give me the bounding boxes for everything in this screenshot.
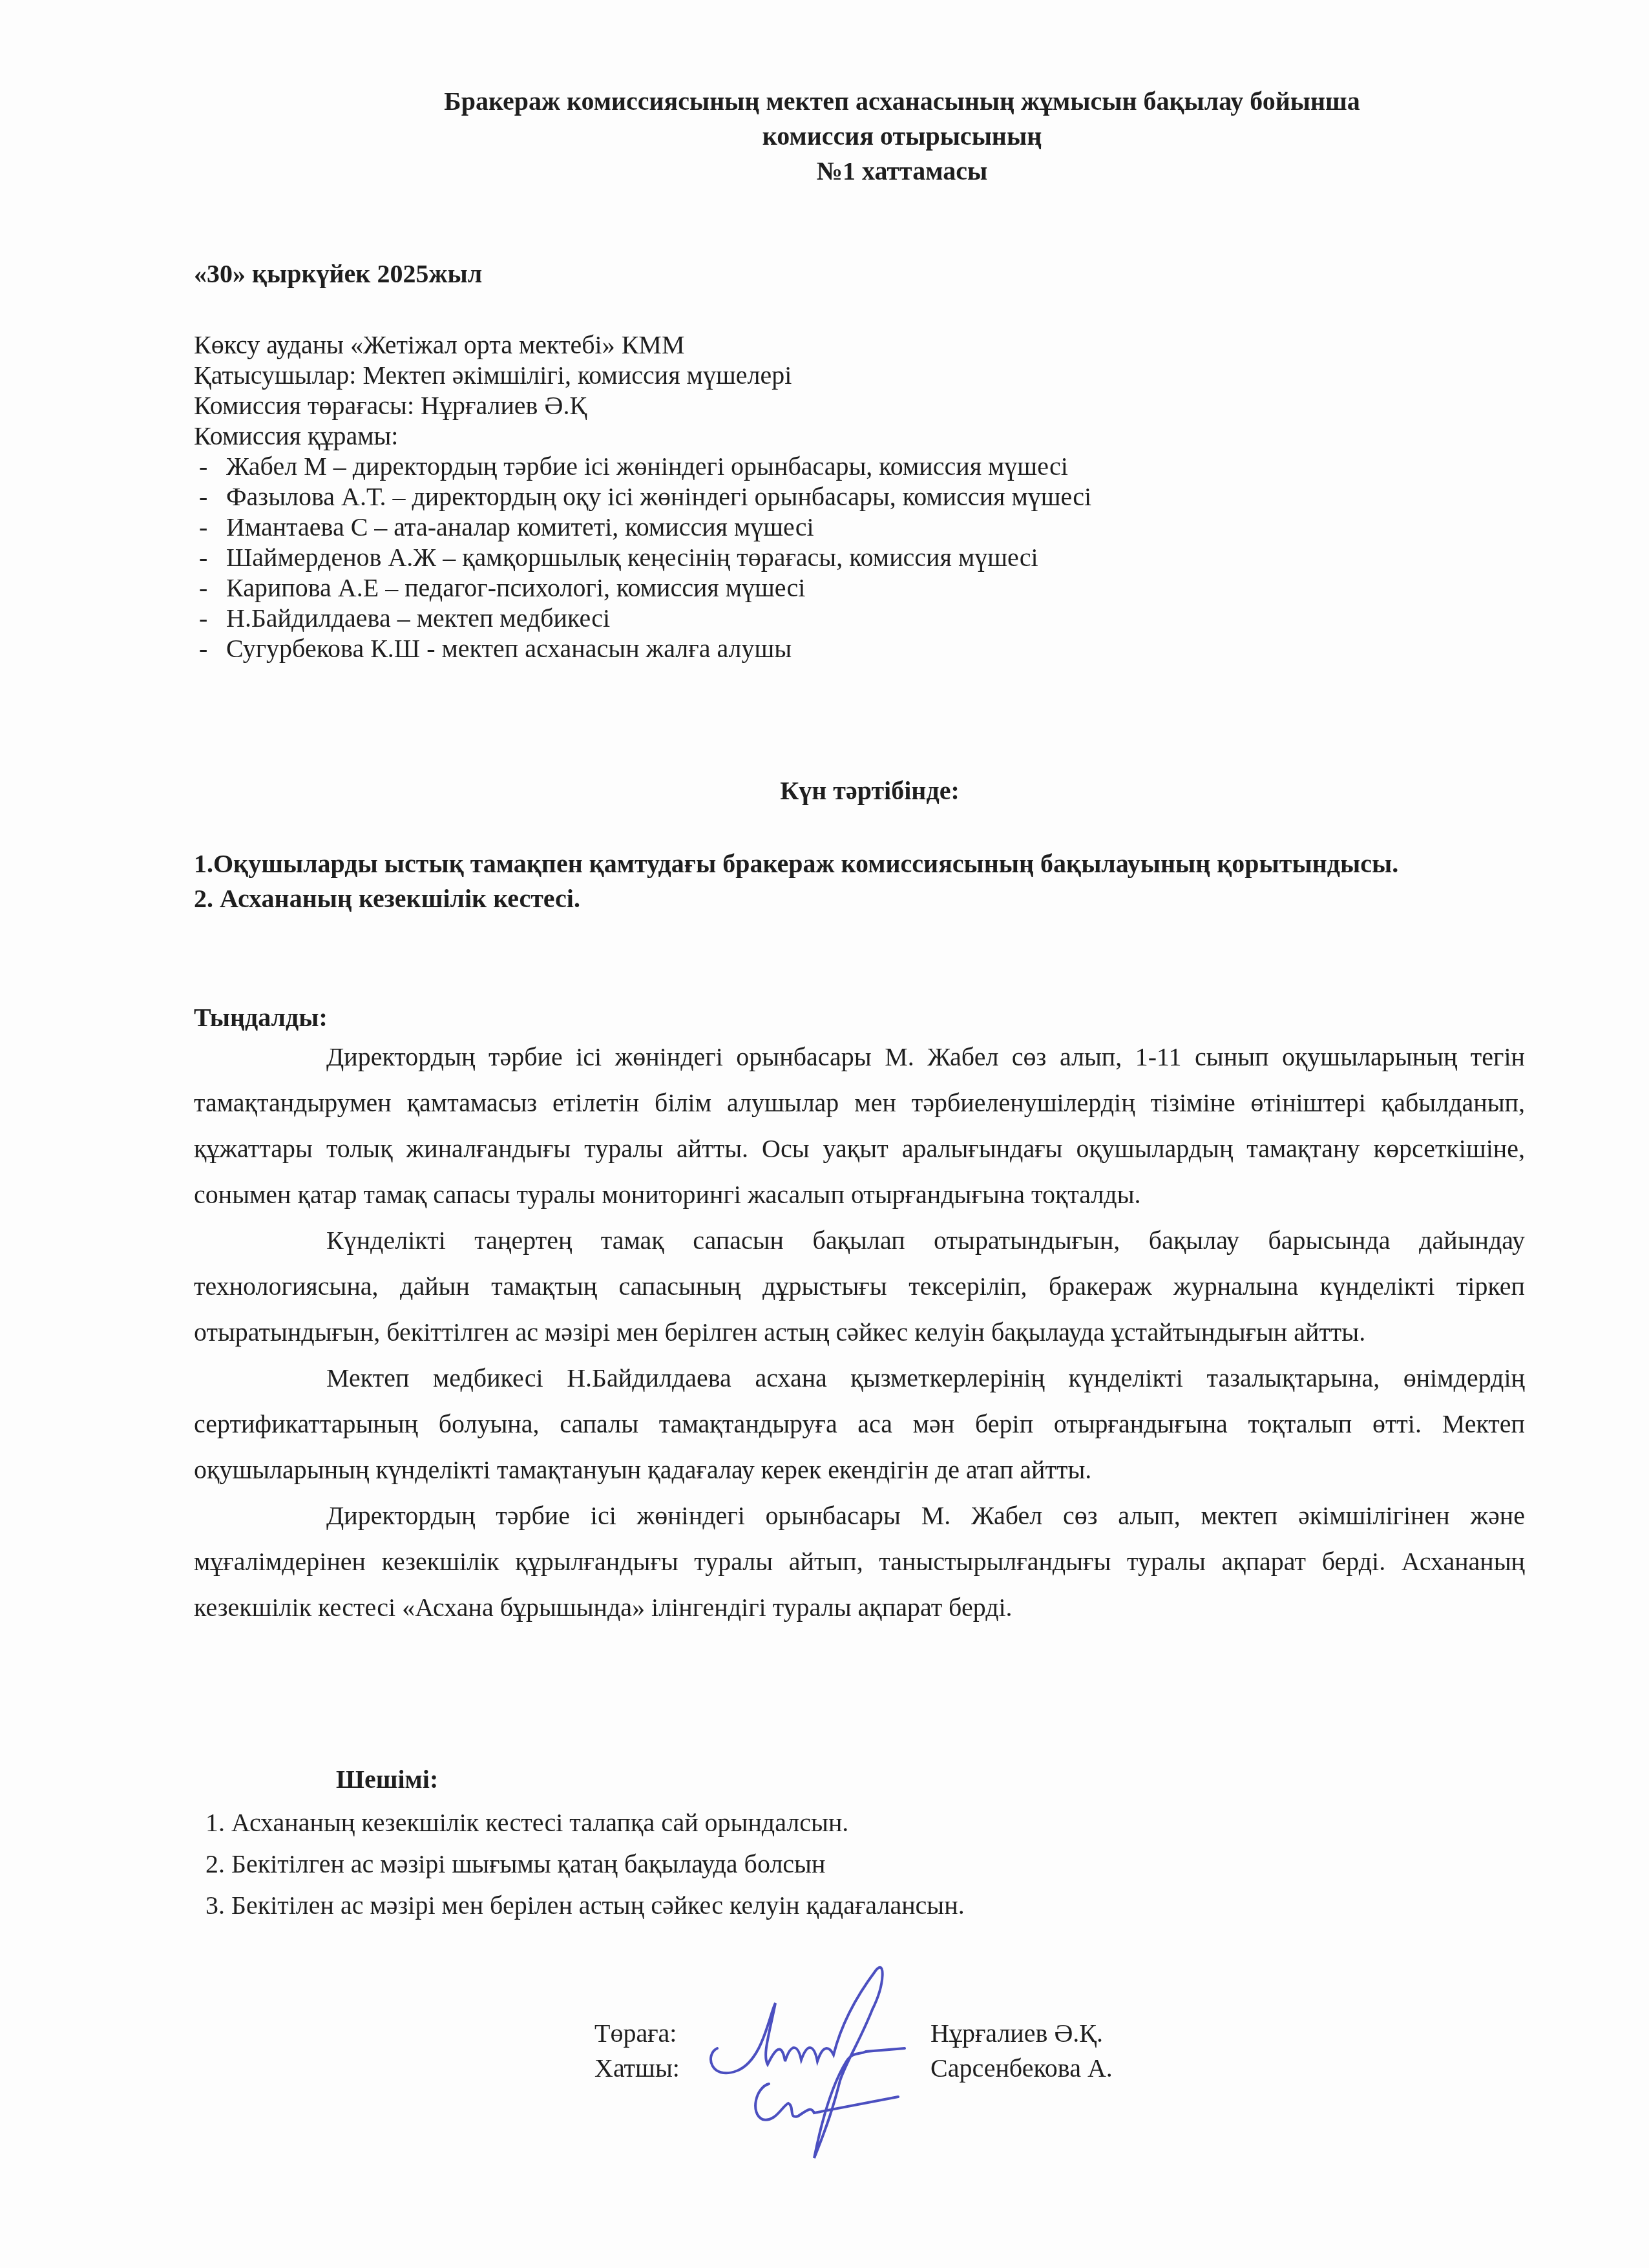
title-line-1: Бракераж комиссиясының мектеп асханасыны…: [0, 84, 1649, 119]
document-date: «30» қыркүйек 2025жыл: [194, 258, 482, 289]
member-item: Жабел М – директордың тәрбие ісі жөнінде…: [194, 451, 1091, 481]
member-item: Сугурбекова К.Ш - мектеп асханасын жалға…: [194, 633, 1091, 664]
title-line-3: №1 хаттамасы: [0, 154, 1649, 189]
decision-item: Бекітілген ас мәзірі шығымы қатаң бақыла…: [231, 1843, 1525, 1885]
document-title: Бракераж комиссиясының мектеп асханасыны…: [0, 84, 1649, 189]
composition-label: Комиссия құрамы:: [194, 421, 1091, 451]
member-item: Имантаева С – ата-аналар комитеті, комис…: [194, 512, 1091, 542]
meeting-info: Көксу ауданы «Жетіжал орта мектебі» КММ …: [194, 330, 1091, 664]
decision-item: Асхананың кезекшілік кестесі талапқа сай…: [231, 1802, 1525, 1843]
title-line-2: комиссия отырысының: [0, 119, 1649, 154]
agenda-list: 1.Оқушыларды ыстық тамақпен қамтудағы бр…: [194, 846, 1525, 916]
member-item: Н.Байдилдаева – мектеп медбикесі: [194, 603, 1091, 633]
participants: Қатысушылар: Мектеп әкімшілігі, комиссия…: [194, 360, 1091, 390]
commission-chair: Комиссия төрағасы: Нұрғалиев Ә.Қ: [194, 390, 1091, 421]
agenda-heading: Күн тәртібінде:: [0, 775, 1649, 806]
decision-section: Шешімі: Асхананың кезекшілік кестесі тал…: [194, 1764, 1525, 1926]
member-list: Жабел М – директордың тәрбие ісі жөнінде…: [194, 451, 1091, 664]
heard-paragraph: Күнделікті таңертең тамақ сапасын бақыла…: [194, 1217, 1525, 1355]
heard-paragraph: Директордың тәрбие ісі жөніндегі орынбас…: [194, 1493, 1525, 1630]
heard-paragraph: Мектеп медбикесі Н.Байдилдаева асхана қы…: [194, 1355, 1525, 1493]
decision-heading: Шешімі:: [336, 1764, 1525, 1794]
heard-paragraph: Директордың тәрбие ісі жөніндегі орынбас…: [194, 1034, 1525, 1217]
organization: Көксу ауданы «Жетіжал орта мектебі» КММ: [194, 330, 1091, 360]
member-item: Карипова А.Е – педагог-психологі, комисс…: [194, 572, 1091, 603]
heard-section: Тыңдалды: Директордың тәрбие ісі жөнінде…: [194, 1002, 1525, 1630]
heard-heading: Тыңдалды:: [194, 1002, 1525, 1034]
member-item: Фазылова А.Т. – директордың оқу ісі жөні…: [194, 481, 1091, 512]
handwritten-signature: [691, 1958, 963, 2178]
decision-item: Бекітілен ас мәзірі мен берілен астың сә…: [231, 1885, 1525, 1926]
decision-list: Асхананың кезекшілік кестесі талапқа сай…: [194, 1802, 1525, 1926]
member-item: Шаймерденов А.Ж – қамқоршылық кеңесінің …: [194, 542, 1091, 572]
agenda-item: 1.Оқушыларды ыстық тамақпен қамтудағы бр…: [194, 846, 1525, 881]
agenda-item: 2. Асхананың кезекшілік кестесі.: [194, 881, 1525, 916]
